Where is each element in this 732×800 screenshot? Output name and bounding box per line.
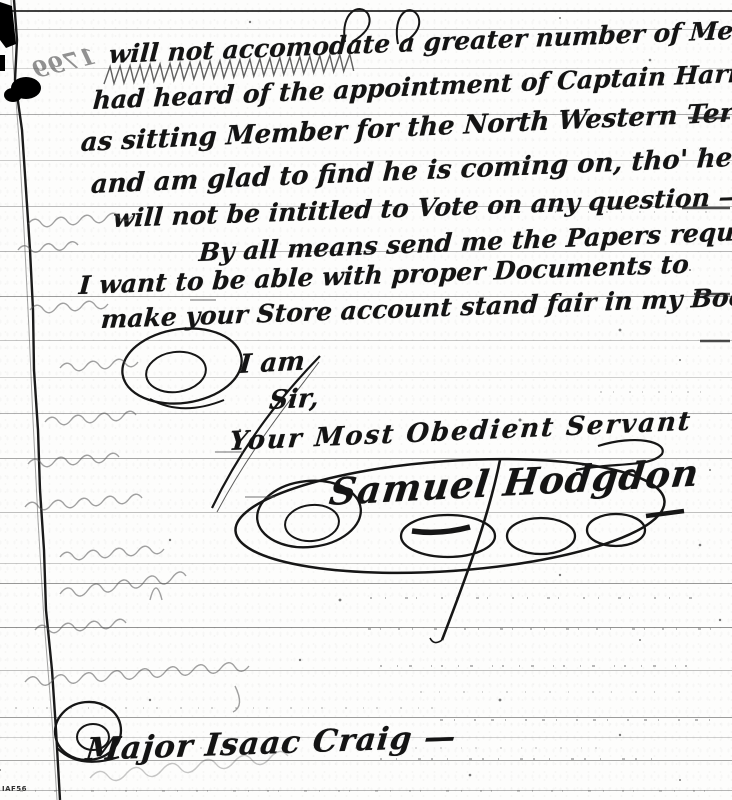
scan-line xyxy=(0,790,732,791)
scan-line xyxy=(0,627,732,628)
addressee-major-isaac-craig: Major Isaac Craig — xyxy=(84,719,458,768)
page-edge-line xyxy=(11,0,60,800)
scan-line xyxy=(0,512,732,513)
ink-blob xyxy=(0,2,41,102)
scan-line xyxy=(0,583,732,584)
manuscript-page: 1799 IAF56 will not accomodate a greater… xyxy=(0,0,732,800)
signature-samuel-hodgdon: Samuel Hodgdon xyxy=(327,450,702,514)
archive-label: IAF56 xyxy=(2,785,27,793)
bleedthrough-year-text: 1799 xyxy=(30,43,99,85)
scan-line xyxy=(0,563,732,564)
scan-line xyxy=(0,377,732,378)
bleedthrough-squiggles xyxy=(18,213,288,780)
closing-i-am: I am xyxy=(238,346,306,380)
scan-line xyxy=(0,717,732,718)
scan-line xyxy=(0,10,732,12)
closing-sir: Sir, xyxy=(268,383,320,416)
scan-line xyxy=(0,340,732,341)
letter-line-1: will not accomodate a greater number of … xyxy=(108,13,732,69)
scan-line xyxy=(0,670,732,671)
